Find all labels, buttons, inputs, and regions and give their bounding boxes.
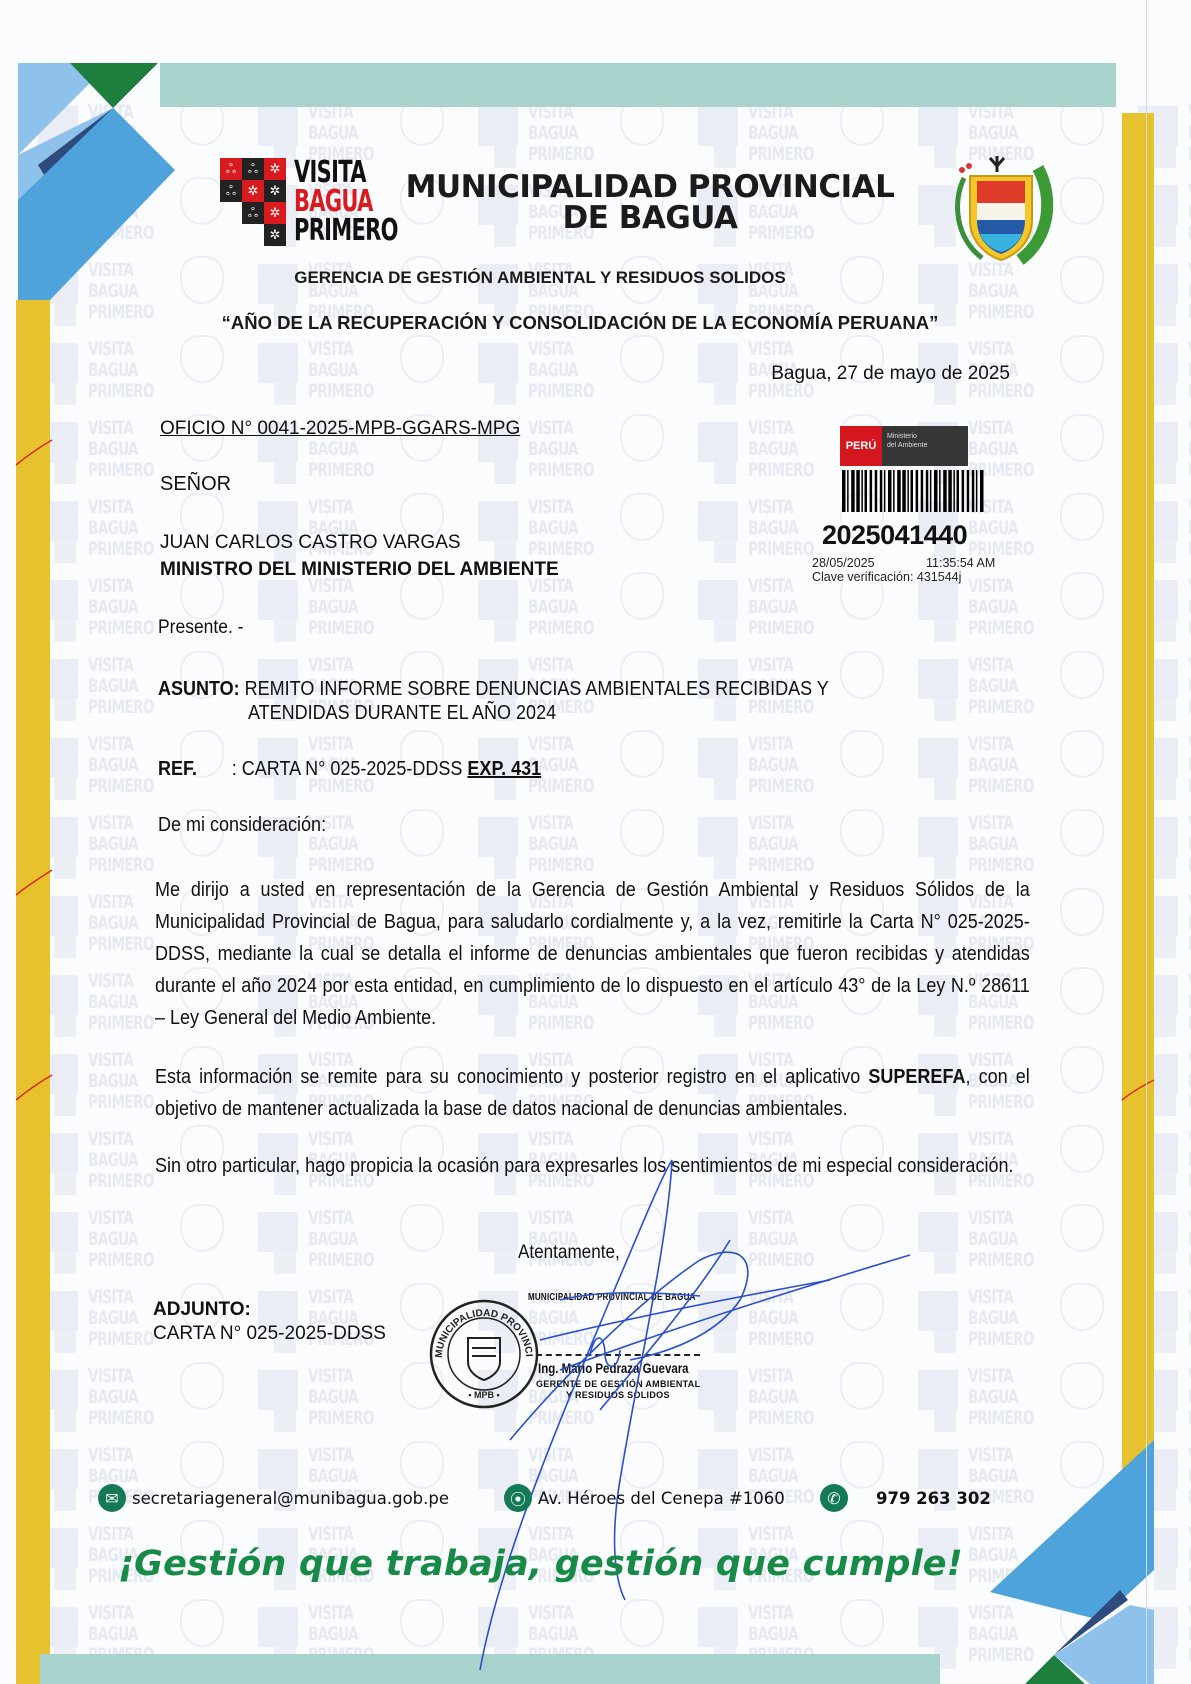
greeting: De mi consideración:: [158, 814, 326, 837]
scan-edge: [1146, 0, 1147, 1684]
signer-role-2: Y RESIDUOS SOLIDOS: [566, 1390, 670, 1400]
verification-key: Clave verificación: 431544j: [812, 570, 961, 584]
reference: REF.: CARTA N° 025-2025-DDSS EXP. 431: [158, 758, 541, 781]
body-paragraph-1: Me dirijo a usted en representación de l…: [155, 874, 1030, 1034]
place-date: Bagua, 27 de mayo de 2025: [650, 363, 1010, 385]
barcode-icon: [840, 470, 990, 512]
email-link[interactable]: secretariageneral@munibagua.gob.pe: [132, 1489, 449, 1508]
visita-bagua-primero-logo: ஃ ஃ ✲ ஃ ✲ ✲ ஃ ✲ ✲: [220, 158, 286, 246]
slogan: ¡Gestión que trabaja, gestión que cumple…: [118, 1544, 963, 1584]
department-name: GERENCIA DE GESTIÓN AMBIENTAL Y RESIDUOS…: [200, 268, 880, 288]
svg-text:• MPB •: • MPB •: [468, 1390, 499, 1400]
closing: Atentamente,: [518, 1242, 620, 1264]
municipal-seal-icon: MUNICIPALIDAD PROVINCIAL · BAGUA • MPB •: [428, 1298, 540, 1410]
footer-email: ✉ secretariageneral@munibagua.gob.pe: [98, 1484, 449, 1512]
ministry-logo: PERÚ Ministerio del Ambiente: [840, 426, 968, 466]
year-motto: “AÑO DE LA RECUPERACIÓN Y CONSOLIDACIÓN …: [160, 312, 1000, 334]
signer-organization: MUNICIPALIDAD PROVINCIAL DE BAGUA: [528, 1292, 696, 1303]
body-paragraph-2: Esta información se remite para su conoc…: [155, 1061, 1030, 1125]
body-paragraph-3: Sin otro particular, hago propicia la oc…: [155, 1150, 1030, 1182]
registry-time: 11:35:54 AM: [926, 556, 995, 570]
signer-name: Ing. Mario Pedraza Guevara: [538, 1360, 689, 1376]
envelope-icon: ✉: [98, 1484, 126, 1512]
svg-text:MUNICIPALIDAD PROVINCIAL · BAG: MUNICIPALIDAD PROVINCIAL · BAGUA: [428, 1298, 534, 1358]
map-pin-icon: ⦿: [504, 1484, 532, 1512]
recipient-role: MINISTRO DEL MINISTERIO DEL AMBIENTE: [160, 559, 559, 581]
footer-phone: ✆ 979 263 302: [820, 1484, 991, 1512]
attachment-value: CARTA N° 025-2025-DDSS: [153, 1323, 386, 1345]
presente-line: Presente. -: [158, 617, 244, 639]
registry-number: 2025041440: [822, 520, 967, 551]
recipient-name: JUAN CARLOS CASTRO VARGAS: [160, 532, 461, 554]
coat-of-arms-icon: [942, 148, 1060, 266]
document-reference: OFICIO N° 0041-2025-MPB-GGARS-MPG: [160, 418, 520, 440]
attachment-label: ADJUNTO:: [153, 1299, 251, 1321]
letter-page: VISITABAGUAPRIMERO VISITABAGUAPRIMERO VI…: [0, 0, 1191, 1684]
institution-title: MUNICIPALIDAD PROVINCIAL DE BAGUA: [380, 172, 920, 234]
registry-date: 28/05/2025: [812, 556, 875, 570]
subject: ASUNTO: REMITO INFORME SOBRE DENUNCIAS A…: [158, 677, 842, 725]
phone-icon: ✆: [820, 1484, 848, 1512]
signer-role: GERENTE DE GESTIÓN AMBIENTAL: [536, 1379, 700, 1389]
signature-line: [536, 1354, 700, 1356]
salutation-title: SEÑOR: [160, 473, 231, 496]
footer-address: ⦿ Av. Héroes del Cenepa #1060: [504, 1484, 785, 1512]
